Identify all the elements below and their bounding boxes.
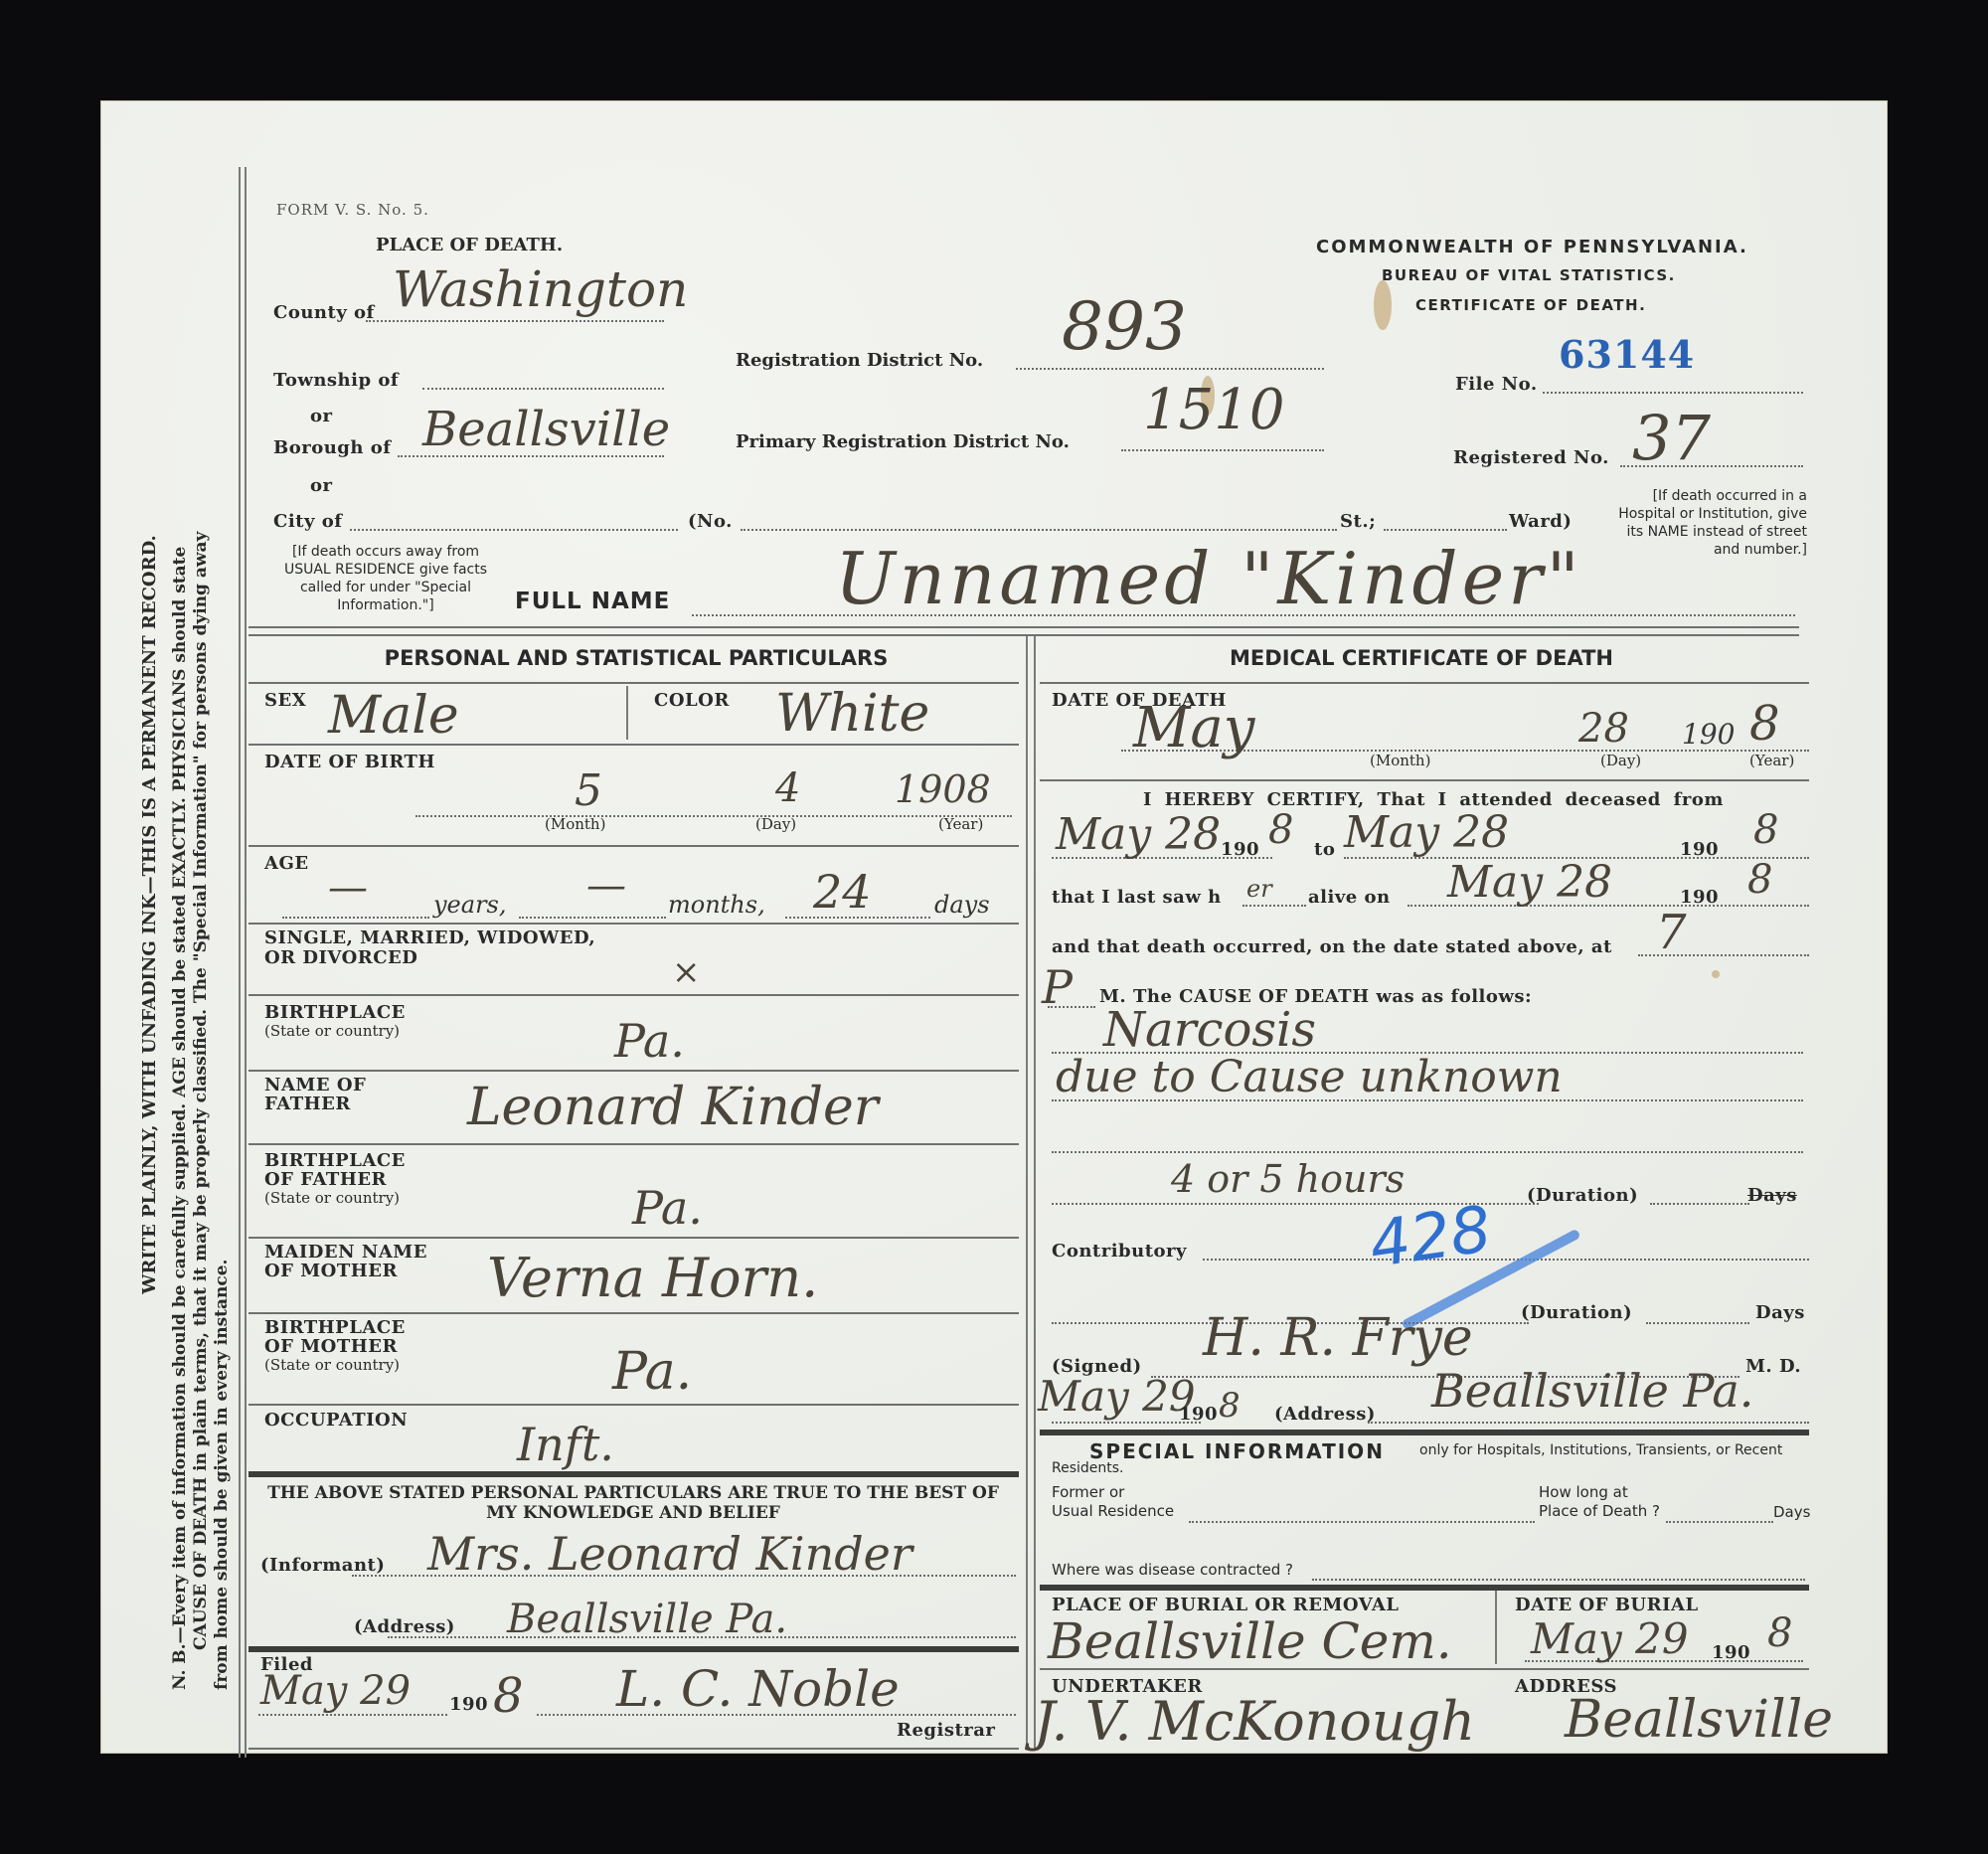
signed-date[interactable]: May 29 [1038, 1372, 1196, 1421]
father-birthplace-sub: (State or country) [264, 1189, 400, 1207]
contributory-duration-label: (Duration) [1521, 1302, 1632, 1323]
former-residence-label-2: Usual Residence [1052, 1502, 1174, 1521]
registrar-signature[interactable]: L. C. Noble [616, 1660, 900, 1718]
or-label: or [310, 475, 333, 496]
how-long-label-2: Place of Death ? [1539, 1502, 1660, 1521]
row-divider [248, 744, 1019, 746]
duration-label: (Duration) [1527, 1185, 1638, 1206]
marital-label: SINGLE, MARRIED, WIDOWED, OR DIVORCED [264, 928, 622, 968]
form-left-border [245, 167, 247, 1758]
dob-label: DATE OF BIRTH [264, 752, 435, 772]
attended-to-date[interactable]: May 28 [1344, 807, 1509, 858]
full-name-value[interactable]: Unnamed "Kinder" [835, 537, 1583, 620]
cause-line-3-field[interactable] [1052, 1149, 1803, 1153]
file-no-field[interactable] [1543, 390, 1803, 394]
row-divider [248, 1404, 1019, 1406]
medical-section-title: MEDICAL CERTIFICATE OF DEATH [1044, 646, 1799, 670]
year-caption: (Year) [938, 815, 983, 833]
reg-district-value[interactable]: 893 [1062, 288, 1187, 365]
mother-name-label: MAIDEN NAME OF MOTHER [264, 1243, 453, 1280]
physician-signature[interactable]: H. R. Frye [1203, 1308, 1473, 1368]
age-years-field[interactable] [282, 915, 429, 919]
last-saw-label: that I last saw h [1052, 887, 1222, 908]
former-residence-label-1: Former or [1052, 1483, 1174, 1502]
mother-birthplace-value[interactable]: Pa. [612, 1342, 692, 1402]
form-left-border [239, 167, 241, 1758]
last-saw-year-suffix[interactable]: 8 [1747, 857, 1772, 903]
dob-month[interactable]: 5 [575, 765, 602, 816]
dob-field[interactable] [415, 813, 1012, 817]
borough-value[interactable]: Beallsville [422, 402, 670, 457]
occupation-label: OCCUPATION [264, 1410, 408, 1431]
reg-district-label: Registration District No. [736, 350, 983, 371]
section-divider [1040, 1585, 1809, 1591]
hospital-note: [If death occurred in a Hospital or Inst… [1600, 487, 1807, 559]
day-caption: (Day) [755, 815, 796, 833]
undertaker-address-value[interactable]: Beallsville [1565, 1690, 1833, 1750]
attestation-text: THE ABOVE STATED PERSONAL PARTICULARS AR… [260, 1483, 1006, 1523]
row-divider [248, 1312, 1019, 1314]
column-divider [1026, 636, 1028, 1750]
age-label: AGE [264, 853, 309, 874]
burial-date-label: DATE OF BURIAL [1515, 1595, 1699, 1615]
section-divider [248, 1646, 1019, 1652]
ampm-field[interactable] [1048, 1004, 1095, 1008]
month-caption: (Month) [545, 815, 605, 833]
registered-no-label: Registered No. [1453, 447, 1609, 468]
file-no-label: File No. [1455, 374, 1538, 395]
margin-instructions: WRITE PLAINLY, WITH UNFADING INK—THIS IS… [139, 139, 258, 1690]
section-divider [1040, 1430, 1809, 1435]
sex-value[interactable]: Male [328, 686, 459, 746]
row-divider [248, 1143, 1019, 1145]
mother-birthplace-label: BIRTHPLACE OF MOTHER [264, 1318, 433, 1356]
street-number-label: (No. [688, 511, 733, 532]
county-label: County of [273, 302, 375, 323]
filed-date[interactable]: May 29 [260, 1668, 411, 1714]
row-divider [1040, 779, 1809, 781]
physician-address-label: (Address) [1274, 1404, 1376, 1425]
last-saw-pronoun[interactable]: er [1246, 875, 1272, 903]
special-info-subtitle: only for Hospitals, Institutions, Transi… [1052, 1441, 1809, 1477]
duration-days-field[interactable] [1650, 1201, 1749, 1205]
primary-district-label: Primary Registration District No. [736, 431, 1070, 452]
father-name-value[interactable]: Leonard Kinder [467, 1078, 879, 1137]
dob-year[interactable]: 1908 [895, 767, 991, 811]
disease-contracted-field[interactable] [1312, 1577, 1805, 1581]
informant-address-value[interactable]: Beallsville Pa. [507, 1597, 787, 1642]
borough-label: Borough of [273, 437, 391, 458]
burial-year-suffix[interactable]: 8 [1767, 1610, 1792, 1656]
street-label: St.; [1340, 511, 1376, 532]
dod-day-caption: (Day) [1600, 752, 1641, 769]
stain-mark [1712, 970, 1720, 978]
street-number-field[interactable] [741, 527, 1337, 531]
township-label: Township of [273, 370, 399, 391]
how-long-days-label: Days [1773, 1503, 1810, 1521]
age-months-field[interactable] [519, 915, 666, 919]
contributory-label: Contributory [1052, 1241, 1187, 1262]
full-name-label: FULL NAME [515, 589, 670, 614]
death-occurred-label: and that death occurred, on the date sta… [1052, 936, 1612, 957]
informant-value[interactable]: Mrs. Leonard Kinder [427, 1527, 912, 1581]
margin-line-4: from home should be given in every insta… [212, 139, 233, 1690]
birthplace-label: BIRTHPLACE [264, 1002, 406, 1023]
margin-line-1: WRITE PLAINLY, WITH UNFADING INK—THIS IS… [139, 139, 160, 1690]
former-residence-label: Former or Usual Residence [1052, 1483, 1174, 1521]
row-divider [248, 1237, 1019, 1239]
city-field[interactable] [350, 527, 678, 531]
md-label: M. D. [1745, 1356, 1801, 1377]
occupation-value[interactable]: Inft. [517, 1418, 614, 1471]
county-value[interactable]: Washington [393, 260, 688, 318]
signed-year-prefix: 190 [1179, 1404, 1218, 1425]
column-divider [1034, 636, 1036, 1750]
place-of-death-title: PLACE OF DEATH. [376, 235, 563, 255]
attended-from-date[interactable]: May 28 [1056, 809, 1221, 860]
attended-from-year-suffix[interactable]: 8 [1268, 807, 1293, 853]
row-divider [1040, 682, 1809, 684]
section-divider [248, 1471, 1019, 1477]
months-word: months, [668, 891, 765, 919]
sex-label: SEX [264, 690, 306, 711]
or-label: or [310, 406, 333, 426]
sex-color-divider [626, 686, 628, 740]
duration-days-label: Days [1747, 1185, 1797, 1206]
burial-place-value[interactable]: Beallsville Cem. [1048, 1612, 1452, 1670]
how-long-label: How long at Place of Death ? [1539, 1483, 1660, 1521]
file-number-stamp: 63144 [1559, 332, 1695, 377]
age-years-value[interactable]: — [328, 865, 368, 911]
death-hour[interactable]: 7 [1656, 905, 1687, 960]
dod-month-caption: (Month) [1370, 752, 1430, 769]
filed-year-suffix[interactable]: 8 [493, 1668, 524, 1724]
dod-year-caption: (Year) [1749, 752, 1794, 769]
away-from-residence-note: [If death occurs away from USUAL RESIDEN… [270, 543, 501, 614]
burial-date-value[interactable]: May 29 [1531, 1614, 1689, 1663]
row-divider [248, 1748, 1019, 1750]
color-label: COLOR [654, 690, 730, 711]
row-divider [248, 923, 1019, 925]
physician-address-field[interactable] [1368, 1420, 1809, 1424]
row-divider [248, 1070, 1019, 1072]
row-divider [248, 994, 1019, 996]
birthplace-sub: (State or country) [264, 1022, 400, 1040]
signed-year-suffix[interactable]: 8 [1219, 1386, 1241, 1426]
ward-label: Ward) [1509, 511, 1572, 532]
county-field[interactable] [366, 318, 664, 322]
last-saw-pronoun-field[interactable] [1242, 903, 1306, 907]
registered-no-value[interactable]: 37 [1632, 402, 1711, 474]
attended-from-year-prefix: 190 [1221, 839, 1259, 860]
row-divider [248, 845, 1019, 847]
dod-year-suffix[interactable]: 8 [1749, 696, 1780, 752]
undertaker-value[interactable]: J. V. McKonough [1034, 1690, 1475, 1753]
cause-line-2[interactable]: due to Cause unknown [1056, 1052, 1563, 1102]
father-birthplace-label: BIRTHPLACE OF FATHER [264, 1151, 433, 1189]
margin-line-3: CAUSE OF DEATH in plain terms, that it m… [191, 139, 212, 1690]
dod-year-prefix: 190 [1682, 718, 1735, 751]
cause-line-1[interactable]: Narcosis [1103, 1002, 1316, 1058]
reg-district-field[interactable] [1016, 366, 1324, 370]
former-residence-field[interactable] [1189, 1519, 1535, 1523]
header-divider [248, 626, 1799, 628]
mother-name-value[interactable]: Verna Horn. [487, 1247, 818, 1309]
burial-year-prefix: 190 [1712, 1642, 1750, 1663]
dob-day[interactable]: 4 [775, 765, 800, 811]
years-word: years, [433, 891, 507, 919]
days-word: days [934, 891, 990, 919]
alive-on-label: alive on [1308, 887, 1391, 908]
primary-district-value[interactable]: 1510 [1143, 378, 1285, 442]
attended-to-year-suffix[interactable]: 8 [1753, 807, 1778, 853]
contributory-field[interactable] [1203, 1257, 1809, 1261]
father-birthplace-value[interactable]: Pa. [632, 1181, 703, 1235]
mother-birthplace-sub: (State or country) [264, 1356, 400, 1374]
contributory-days-label: Days [1755, 1302, 1805, 1323]
last-saw-date[interactable]: May 28 [1447, 857, 1612, 908]
dod-day[interactable]: 28 [1578, 706, 1629, 752]
township-field[interactable] [422, 386, 664, 390]
age-months-value[interactable]: — [586, 863, 626, 909]
stain-mark [1374, 280, 1392, 330]
city-label: City of [273, 511, 342, 532]
ward-field[interactable] [1384, 527, 1507, 531]
duration-value[interactable]: 4 or 5 hours [1171, 1157, 1405, 1201]
header-divider [248, 634, 1799, 636]
bureau-title: BUREAU OF VITAL STATISTICS. [1382, 266, 1676, 284]
row-divider [1040, 1668, 1809, 1670]
personal-section-title: PERSONAL AND STATISTICAL PARTICULARS [258, 646, 1014, 670]
burial-divider [1495, 1591, 1497, 1664]
attended-to-year-prefix: 190 [1680, 839, 1719, 860]
marital-value[interactable]: × [672, 952, 701, 992]
primary-district-field[interactable] [1121, 447, 1324, 451]
birthplace-value[interactable]: Pa. [614, 1014, 685, 1068]
certificate-title: CERTIFICATE OF DEATH. [1415, 296, 1646, 314]
registrar-label: Registrar [897, 1720, 995, 1741]
how-long-field[interactable] [1666, 1519, 1773, 1523]
filed-year-prefix: 190 [449, 1694, 488, 1715]
contributory-days-field[interactable] [1646, 1320, 1749, 1324]
to-label: to [1314, 839, 1335, 860]
dod-month[interactable]: May [1133, 696, 1254, 760]
disease-contracted-label: Where was disease contracted ? [1052, 1561, 1293, 1579]
how-long-label-1: How long at [1539, 1483, 1660, 1502]
age-days-value[interactable]: 24 [813, 865, 872, 919]
color-value[interactable]: White [775, 684, 929, 744]
father-name-label: NAME OF FATHER [264, 1076, 384, 1113]
margin-line-2: N. B.—Every item of information should b… [170, 139, 191, 1690]
agency-title: COMMONWEALTH OF PENNSYLVANIA. [1316, 237, 1748, 257]
physician-address-value[interactable]: Beallsville Pa. [1431, 1364, 1753, 1418]
form-number: FORM V. S. No. 5. [276, 201, 429, 219]
